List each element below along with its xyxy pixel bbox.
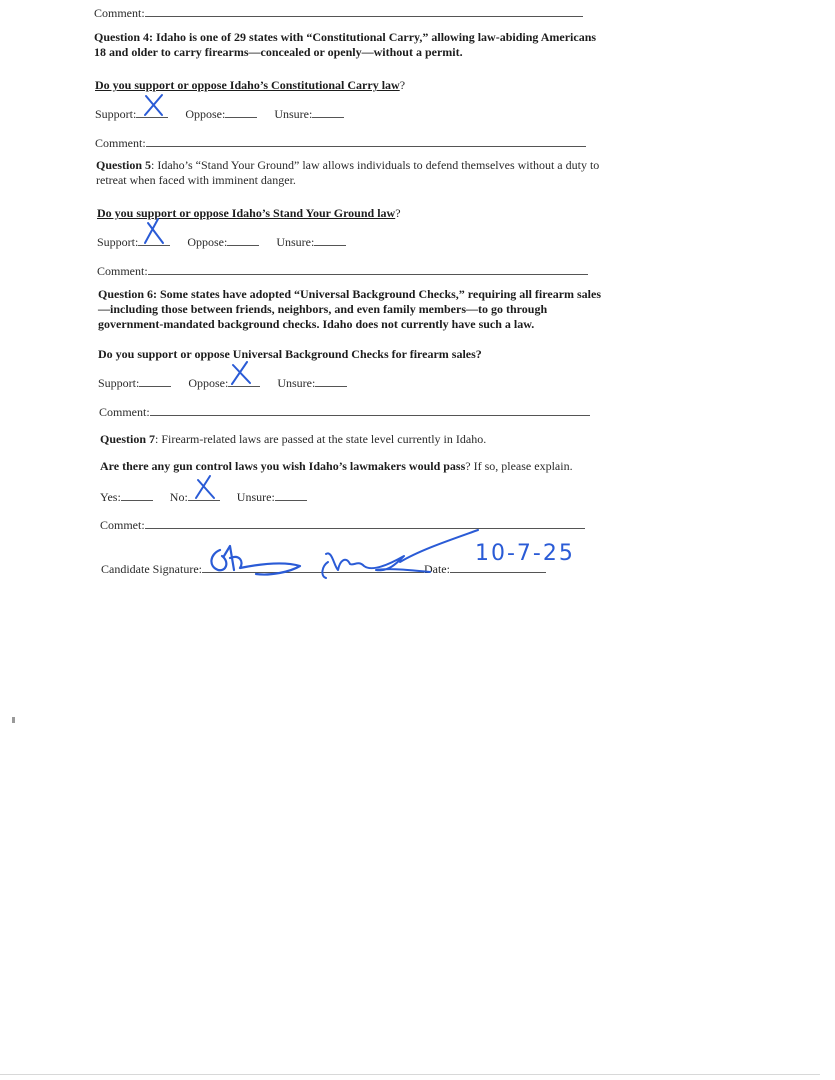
x-mark-icon	[141, 217, 167, 245]
option-support[interactable]: Support:	[98, 376, 171, 391]
question-7-options: Yes: No: Unsure:	[100, 490, 321, 505]
question-7-text: : Firearm-related laws are passed at the…	[155, 432, 486, 446]
question-7-number: Question 7	[100, 432, 155, 446]
question-7-prompt: Question 7: Firearm-related laws are pas…	[100, 432, 486, 447]
question-5-line-2: retreat when faced with imminent danger.	[96, 173, 599, 188]
question-6-ask-text: Do you support or oppose Universal Backg…	[98, 347, 482, 361]
option-label: No:	[170, 490, 188, 504]
scan-speck	[12, 717, 15, 723]
page-edge-line	[0, 1074, 820, 1075]
x-mark-icon	[228, 360, 254, 386]
option-support[interactable]: Support:	[95, 107, 168, 122]
question-5-number: Question 5	[96, 158, 151, 172]
option-label: Yes:	[100, 490, 121, 504]
option-oppose[interactable]: Oppose:	[188, 376, 260, 391]
option-unsure[interactable]: Unsure:	[237, 490, 307, 505]
option-unsure[interactable]: Unsure:	[274, 107, 344, 122]
signature-label: Candidate Signature:	[101, 562, 202, 576]
option-no[interactable]: No:	[170, 490, 220, 505]
question-4-line-1: Question 4: Idaho is one of 29 states wi…	[94, 30, 596, 45]
option-label: Support:	[98, 376, 139, 390]
question-5-options: Support: Oppose: Unsure:	[97, 235, 360, 250]
option-unsure[interactable]: Unsure:	[277, 376, 347, 391]
option-label: Unsure:	[237, 490, 275, 504]
question-6-line-3: government-mandated background checks. I…	[98, 317, 601, 332]
question-6-prompt: Question 6: Some states have adopted “Un…	[98, 287, 601, 332]
question-7-ask-suffix: ? If so, please explain.	[465, 459, 572, 473]
question-5-text: : Idaho’s “Stand Your Ground” law allows…	[151, 158, 599, 172]
comment-label: Comment:	[97, 264, 148, 278]
comment-label: Comment:	[95, 136, 146, 150]
question-4-line-2: 18 and older to carry firearms—concealed…	[94, 45, 596, 60]
question-6-options: Support: Oppose: Unsure:	[98, 376, 361, 391]
questionnaire-page: Comment: Question 4: Idaho is one of 29 …	[0, 0, 835, 1080]
question-5-prompt: Question 5: Idaho’s “Stand Your Ground” …	[96, 158, 599, 188]
question-6-line-1: Question 6: Some states have adopted “Un…	[98, 287, 601, 302]
option-oppose[interactable]: Oppose:	[185, 107, 257, 122]
comment-field[interactable]	[148, 274, 588, 275]
comment-field[interactable]	[150, 415, 590, 416]
option-label: Oppose:	[185, 107, 225, 121]
handwritten-date: 10-7-25	[475, 541, 575, 566]
option-label: Oppose:	[187, 235, 227, 249]
option-unsure[interactable]: Unsure:	[276, 235, 346, 250]
question-5-comment-row: Comment:	[97, 264, 588, 279]
question-6-comment-row: Comment:	[99, 405, 590, 420]
option-support[interactable]: Support:	[97, 235, 170, 250]
signature-scribble-icon	[200, 526, 490, 586]
comment-field[interactable]	[146, 146, 586, 147]
question-4-ask-text: Do you support or oppose Idaho’s Constit…	[95, 78, 400, 92]
question-7-ask: Are there any gun control laws you wish …	[100, 459, 573, 474]
comment-label: Comment:	[94, 6, 145, 20]
option-label: Unsure:	[277, 376, 315, 390]
option-label: Support:	[97, 235, 138, 249]
question-4-comment-row: Comment:	[95, 136, 586, 151]
option-label: Oppose:	[188, 376, 228, 390]
question-6-line-2: —including those between friends, neighb…	[98, 302, 601, 317]
question-6-ask: Do you support or oppose Universal Backg…	[98, 347, 482, 362]
option-label: Unsure:	[274, 107, 312, 121]
option-label: Unsure:	[276, 235, 314, 249]
x-mark-icon	[141, 93, 167, 117]
question-5-line-1: Question 5: Idaho’s “Stand Your Ground” …	[96, 158, 599, 173]
option-label: Support:	[95, 107, 136, 121]
question-4-ask-suffix: ?	[400, 78, 405, 92]
question-4-options: Support: Oppose: Unsure:	[95, 107, 358, 122]
comment-label: Commet:	[100, 518, 145, 532]
option-yes[interactable]: Yes:	[100, 490, 153, 505]
comment-label: Comment:	[99, 405, 150, 419]
x-mark-icon	[192, 474, 218, 500]
question-5-ask-suffix: ?	[395, 206, 400, 220]
option-oppose[interactable]: Oppose:	[187, 235, 259, 250]
question-7-ask-text: Are there any gun control laws you wish …	[100, 459, 465, 473]
top-comment-row: Comment:	[94, 6, 583, 21]
question-4-ask: Do you support or oppose Idaho’s Constit…	[95, 78, 405, 93]
question-4-prompt: Question 4: Idaho is one of 29 states wi…	[94, 30, 596, 60]
comment-field[interactable]	[145, 16, 583, 17]
